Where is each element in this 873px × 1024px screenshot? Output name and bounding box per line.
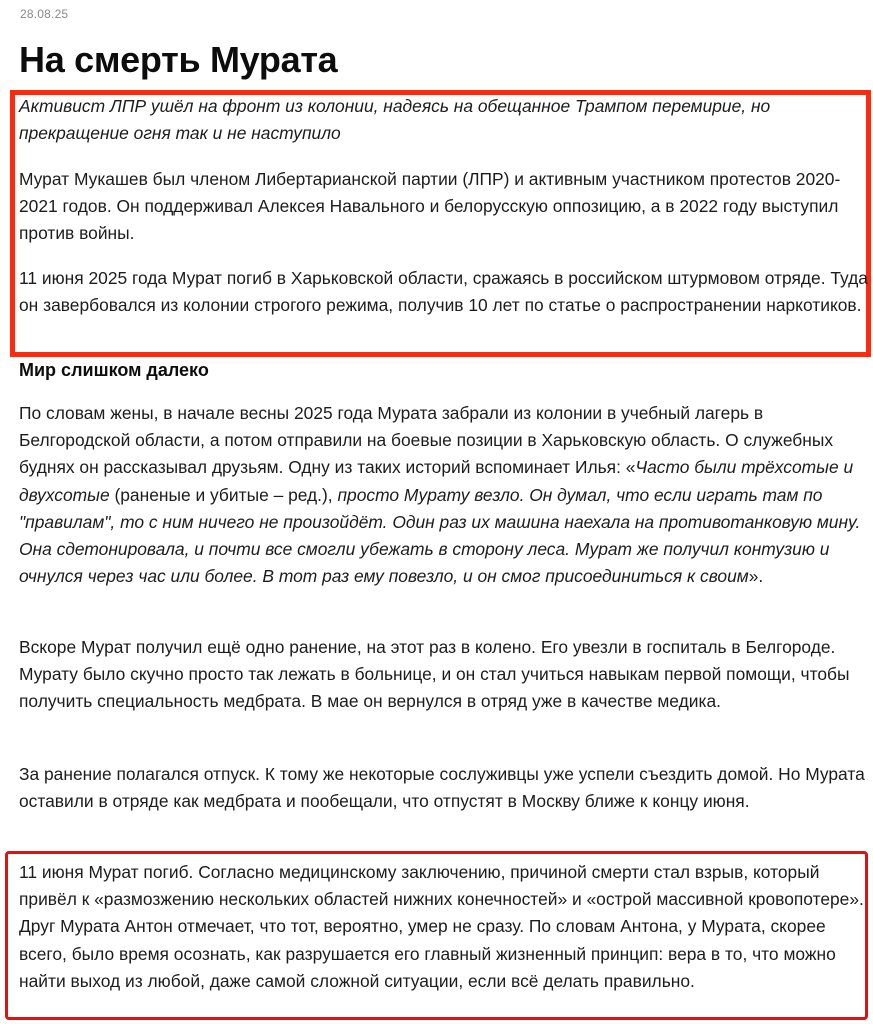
quote-paragraph: По словам жены, в начале весны 2025 года… [19, 400, 869, 590]
section-heading: Мир слишком далеко [19, 357, 209, 383]
body-paragraph-1: Вскоре Мурат получил ещё одно ранение, н… [19, 634, 869, 716]
article-lead: Активист ЛПР ушёл на фронт из колонии, н… [19, 93, 869, 147]
article-date: 28.08.25 [20, 7, 68, 21]
quote-editor-note: (раненые и убитые – ред.), [110, 485, 338, 505]
body-paragraph-2: За ранение полагался отпуск. К тому же н… [19, 761, 869, 815]
intro-paragraph-2: 11 июня 2025 года Мурат погиб в Харьковс… [19, 265, 869, 319]
quote-close: ». [749, 566, 764, 586]
article-title: На смерть Мурата [19, 38, 337, 82]
intro-paragraph-1: Мурат Мукашев был членом Либертарианской… [19, 166, 869, 248]
highlighted-paragraph: 11 июня Мурат погиб. Согласно медицинско… [19, 859, 869, 995]
